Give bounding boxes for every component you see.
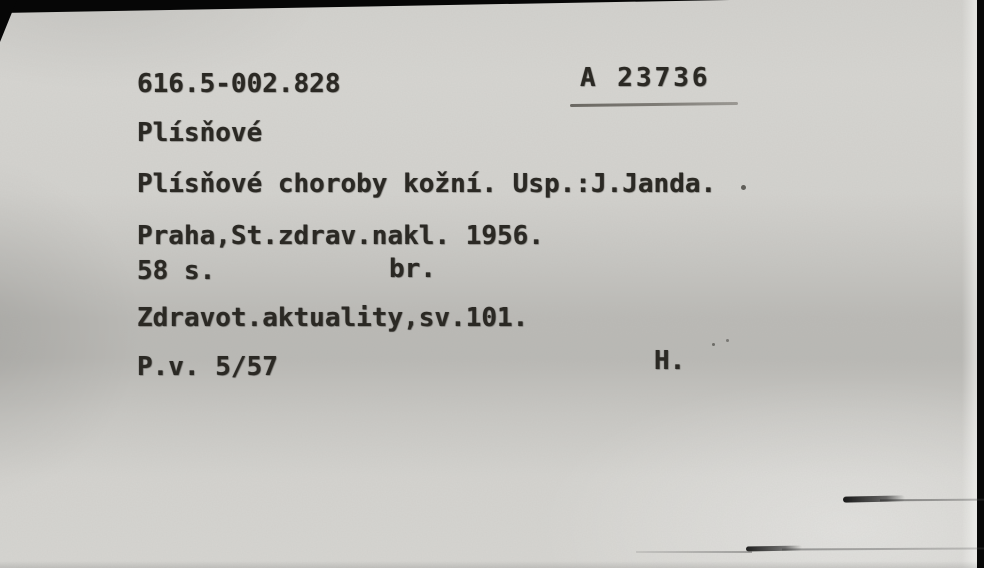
scanned-catalog-card: 616.5-002.828 A 23736 Plísňové Plísňové … — [0, 0, 984, 568]
ink-speck — [726, 339, 729, 342]
extent-pages: 58 s. — [137, 256, 215, 286]
ink-speck — [712, 343, 715, 346]
ink-speck — [741, 185, 746, 190]
binding-note: br. — [389, 254, 436, 284]
accession-number: A 23736 — [580, 63, 711, 93]
heading-entry: Plísňové — [137, 118, 262, 148]
paper-edge-highlight — [962, 0, 977, 568]
order-note: P.v. 5/57 — [137, 352, 278, 382]
imprint-line: Praha,St.zdrav.nakl. 1956. — [137, 221, 544, 251]
scan-edge-bottom-shadow — [0, 561, 984, 568]
scan-edge-right — [977, 0, 984, 568]
call-number: 616.5-002.828 — [137, 69, 341, 99]
cataloguer-initial: H. — [654, 346, 685, 376]
series-statement: Zdravot.aktuality,sv.101. — [137, 303, 528, 333]
pen-mark-lower-tail-left — [636, 551, 752, 553]
title-statement: Plísňové choroby kožní. Usp.:J.Janda. — [137, 169, 716, 199]
